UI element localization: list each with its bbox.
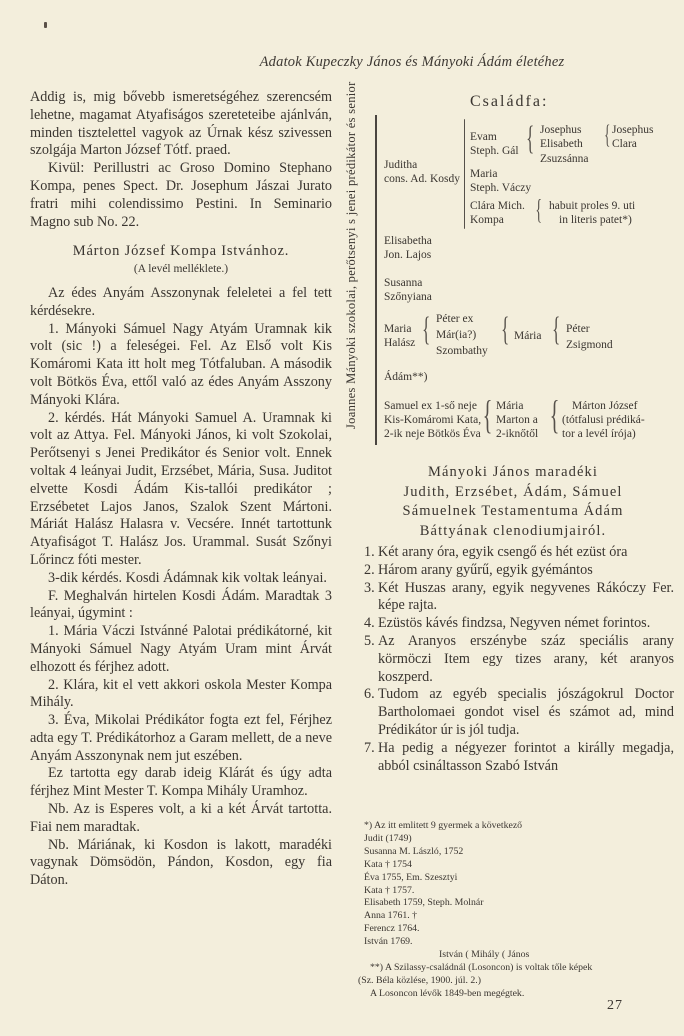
item-number: 2. [364, 562, 376, 580]
maria-marton-line: 2-iknőtől [496, 427, 538, 441]
samuel-line: 2-ik neje Bötkös Éva [384, 427, 481, 441]
item-text: Ezüstös kávés findzsa, Negyven német for… [376, 615, 674, 633]
footnote-line: *) Az itt emlitett 9 gyermek a következő [364, 820, 674, 833]
peter-ex: Már(ia?) [436, 328, 476, 342]
paragraph: 1. Mária Váczi Istvánné Palotai prédikát… [30, 623, 332, 676]
evam-name: Evam [470, 130, 497, 144]
brace: { [552, 313, 560, 347]
title-line: Mányoki János maradéki [352, 463, 674, 483]
brace: { [501, 313, 509, 347]
paragraph: F. Meghalván hirtelen Kosdi Ádám. Maradt… [30, 588, 332, 624]
item-text: Két arany óra, egyik csengő és hét ezüst… [376, 544, 674, 562]
paragraph: 2. kérdés. Hát Mányoki Samuel A. Uramnak… [30, 410, 332, 570]
running-head: Adatok Kupeczky János és Mányoki Ádám él… [0, 54, 684, 71]
footnote-line: Ferencz 1764. [364, 923, 674, 936]
footnote-line: Kata † 1754 [364, 859, 674, 872]
footnote-line: **) A Szilassy-családnál (Losoncon) is v… [364, 962, 674, 975]
footnote-line: Elisabeth 1759, Steph. Molnár [364, 897, 674, 910]
list-item: 7.Ha pedig a négyezer forintot a királly… [364, 740, 674, 776]
footnote-line: István ( Mihály ( János [364, 949, 674, 962]
paragraph: Az édes Anyám Asszonynak feleletei a fel… [30, 285, 332, 321]
marton-jozsef-line: (tótfalusi prédiká- [562, 413, 645, 427]
footnote-line: Anna 1761. † [364, 910, 674, 923]
footnote-line: Kata † 1757. [364, 885, 674, 898]
paragraph: 1. Mányoki Sámuel Nagy Atyám Uramnak kik… [30, 321, 332, 410]
left-column: Addig is, mig bővebb ismeretségéhez szer… [30, 89, 332, 890]
maria2-child: Zsigmond [566, 338, 613, 352]
tree-root-label: Joannes Mányoki szokolai, perőtsenyi s j… [344, 81, 358, 429]
maria-halasz-spouse: Halász [384, 336, 415, 350]
paragraph: 3. Éva, Mikolai Prédikátor fogta ezt fel… [30, 712, 332, 765]
item-text: Ha pedig a négyezer forintot a királly m… [376, 740, 674, 776]
elisabetha-spouse: Jon. Lajos [384, 248, 431, 262]
samuel-line: Samuel ex 1-ső neje [384, 399, 477, 413]
peter-ex: Péter ex [436, 312, 473, 326]
maria2-child: Péter [566, 322, 590, 336]
item-text: Három arany gyűrű, egyik gyémántos [376, 562, 674, 580]
brace: { [422, 313, 430, 347]
evam-child: Zsuzsánna [540, 152, 589, 166]
paragraph: 2. Klára, kit el vett akkori oskola Mest… [30, 677, 332, 713]
footnotes: *) Az itt emlitett 9 gyermek a következő… [364, 820, 674, 1001]
footnote-line: Susanna M. László, 1752 [364, 846, 674, 859]
clara-name: Clára Mich. [470, 199, 525, 213]
evam-child: Josephus [540, 123, 582, 137]
susanna-name: Susanna [384, 276, 422, 290]
family-tree: Joannes Mányoki szokolai, perőtsenyi s j… [352, 89, 674, 449]
list-item: 5.Az Aranyos erszénybe száz speciális ar… [364, 633, 674, 686]
paragraph: Addig is, mig bővebb ismeretségéhez szer… [30, 89, 332, 160]
ink-speck [44, 22, 47, 28]
title-line: Báttyának clenodiumjairól. [352, 522, 674, 542]
item-text: Két Huszas arany, egyik negyvenes Rákócz… [376, 580, 674, 616]
juditha-name: Juditha [384, 158, 417, 172]
item-number: 6. [364, 686, 376, 739]
footnote-line: (Sz. Béla közlése, 1900. júl. 2.) [358, 975, 674, 988]
clara-note: in literis patet*) [559, 213, 632, 227]
maria-spouse: Steph. Váczy [470, 181, 531, 195]
item-number: 4. [364, 615, 376, 633]
item-number: 5. [364, 633, 376, 686]
evam-child: Elisabeth [540, 137, 583, 151]
juditha-bracket [464, 119, 465, 229]
paragraph: Ez tartotta egy darab ideig Klárát és úg… [30, 765, 332, 801]
paragraph: 3-dik kérdés. Kosdi Ádámnak kik voltak l… [30, 570, 332, 588]
josephus-child: Clara [612, 137, 637, 151]
section-heading: Márton József Kompa Istvánhoz. [30, 243, 332, 261]
clara-note: habuit proles 9. uti [549, 199, 635, 213]
list-item: 6.Tudom az egyéb specialis jószágokrul D… [364, 686, 674, 739]
footnote-line: István 1769. [364, 936, 674, 949]
section-subheading: (A levél melléklete.) [30, 261, 332, 279]
title-line: Judith, Erzsébet, Ádám, Sámuel [352, 483, 674, 503]
item-text: Az Aranyos erszénybe száz speciális aran… [376, 633, 674, 686]
josephus-child: Josephus [612, 123, 654, 137]
item-number: 3. [364, 580, 376, 616]
footnote-line: Éva 1755, Em. Szesztyi [364, 872, 674, 885]
list-item: 4.Ezüstös kávés findzsa, Negyven német f… [364, 615, 674, 633]
testament-title: Mányoki János maradéki Judith, Erzsébet,… [352, 463, 674, 541]
list-item: 3.Két Huszas arany, egyik negyvenes Rákó… [364, 580, 674, 616]
marton-jozsef-line: tor a levél írója) [562, 427, 636, 441]
maria-name: Maria [470, 167, 497, 181]
clara-spouse: Kompa [470, 213, 504, 227]
samuel-line: Kis-Komáromi Kata, [384, 413, 481, 427]
evam-spouse: Steph. Gál [470, 144, 519, 158]
item-number: 7. [364, 740, 376, 776]
item-text: Tudom az egyéb specialis jószágokrul Doc… [376, 686, 674, 739]
footnote-line: Judit (1749) [364, 833, 674, 846]
brace: { [535, 197, 542, 225]
tree-root-bracket [375, 115, 377, 445]
susanna-spouse: Szőnyiana [384, 290, 432, 304]
footnote-line: A Losoncon lévők 1849-ben megégtek. [364, 988, 674, 1001]
paragraph: Kivül: Perillustri ac Groso Domino Steph… [30, 160, 332, 231]
peter-ex: Szombathy [436, 344, 488, 358]
adam-name: Ádám**) [384, 370, 427, 384]
paragraph: Nb. Az is Esperes volt, a ki a két Árvát… [30, 801, 332, 837]
maria-halasz-name: Maria [384, 322, 411, 336]
juditha-spouse: cons. Ad. Kosdy [384, 172, 460, 186]
list-item: 2.Három arany gyűrű, egyik gyémántos [364, 562, 674, 580]
page-number: 27 [607, 998, 623, 1014]
brace: { [526, 122, 534, 156]
marton-jozsef-line: Márton József [572, 399, 637, 413]
paragraph: Nb. Máriának, ki Kosdon is lakott, marad… [30, 837, 332, 890]
brace: { [483, 395, 493, 435]
brace: { [604, 122, 610, 148]
title-line: Sámuelnek Testamentuma Ádám [352, 502, 674, 522]
list-item: 1.Két arany óra, egyik csengő és hét ezü… [364, 544, 674, 562]
brace: { [550, 395, 560, 435]
testament-list: 1.Két arany óra, egyik csengő és hét ezü… [364, 544, 674, 775]
elisabetha-name: Elisabetha [384, 234, 432, 248]
maria2-name: Mária [514, 329, 541, 343]
item-number: 1. [364, 544, 376, 562]
maria-marton-line: Mária [496, 399, 523, 413]
maria-marton-line: Marton a [496, 413, 538, 427]
